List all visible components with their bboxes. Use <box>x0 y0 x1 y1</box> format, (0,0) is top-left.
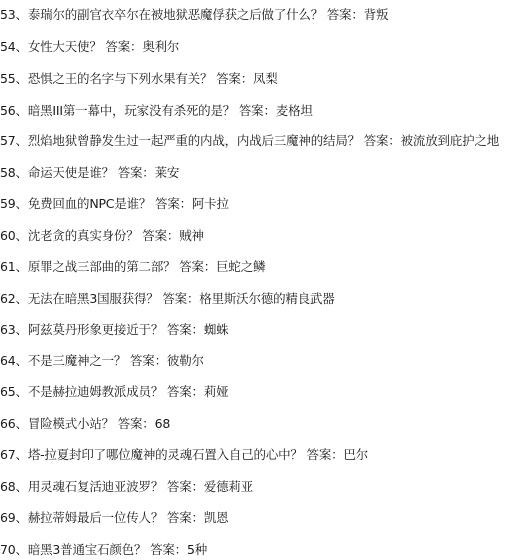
qa-item-63: 63、阿兹莫丹形象更接近于？ 答案：蜘蛛 <box>0 322 228 338</box>
answer-label: 答案： <box>327 7 364 22</box>
qa-item-65: 65、不是赫拉迪姆教派成员？ 答案：莉娅 <box>0 384 228 400</box>
answer: 蜘蛛 <box>204 322 229 337</box>
item-number: 55、 <box>0 71 28 86</box>
answer-label: 答案： <box>150 542 187 557</box>
answer: 巴尔 <box>343 447 368 462</box>
item-number: 59、 <box>0 196 28 211</box>
qa-item-54: 54、女性大天使？ 答案：奥利尔 <box>0 39 179 55</box>
answer: 被流放到庇护之地 <box>401 133 499 148</box>
answer: 背叛 <box>364 7 389 22</box>
answer-label: 答案： <box>167 510 204 525</box>
question: 阿兹莫丹形象更接近于？ <box>28 322 163 337</box>
question: 免费回血的NPC是谁？ <box>28 196 151 211</box>
answer: 巨蛇之鳞 <box>216 259 265 274</box>
question: 冒险模式小站？ <box>28 416 114 431</box>
qa-item-66: 66、冒险模式小站？ 答案：68 <box>0 416 170 432</box>
answer: 5种 <box>187 542 207 557</box>
answer: 爱德莉亚 <box>204 479 253 494</box>
item-number: 69、 <box>0 510 28 525</box>
question: 暗黑III第一幕中，玩家没有杀死的是？ <box>28 103 235 118</box>
qa-item-60: 60、沈老贪的真实身份？ 答案：贼神 <box>0 228 204 244</box>
answer-label: 答案： <box>130 353 167 368</box>
question: 赫拉蒂姆最后一位传人？ <box>28 510 163 525</box>
answer: 莱安 <box>155 165 180 180</box>
answer: 麦格坦 <box>276 103 313 118</box>
answer-label: 答案： <box>307 447 344 462</box>
qa-item-58: 58、命运天使是谁？ 答案：莱安 <box>0 165 179 181</box>
qa-item-68: 68、用灵魂石复活迪亚波罗？ 答案：爱德莉亚 <box>0 479 253 495</box>
item-number: 63、 <box>0 322 28 337</box>
question: 暗黑3普通宝石颜色？ <box>28 542 146 557</box>
item-number: 68、 <box>0 479 28 494</box>
qa-item-57: 57、烈焰地狱曾静发生过一起严重的内战，内战后三魔神的结局？ 答案：被流放到庇护… <box>0 133 499 149</box>
item-number: 60、 <box>0 228 28 243</box>
question: 用灵魂石复活迪亚波罗？ <box>28 479 163 494</box>
item-number: 70、 <box>0 542 28 557</box>
answer-label: 答案： <box>167 322 204 337</box>
question: 原罪之战三部曲的第二部？ <box>28 259 176 274</box>
answer-label: 答案： <box>179 259 216 274</box>
question: 泰瑞尔的副官衣卒尔在被地狱恶魔俘获之后做了什么？ <box>28 7 323 22</box>
qa-item-59: 59、免费回血的NPC是谁？ 答案：阿卡拉 <box>0 196 229 212</box>
question: 女性大天使？ <box>28 39 102 54</box>
question: 塔-拉夏封印了哪位魔神的灵魂石置入自己的心中？ <box>28 447 303 462</box>
answer-label: 答案： <box>118 416 155 431</box>
qa-item-67: 67、塔-拉夏封印了哪位魔神的灵魂石置入自己的心中？ 答案：巴尔 <box>0 447 368 463</box>
answer-label: 答案： <box>216 71 253 86</box>
question: 烈焰地狱曾静发生过一起严重的内战，内战后三魔神的结局？ <box>28 133 360 148</box>
answer: 莉娅 <box>204 384 229 399</box>
answer-label: 答案： <box>142 228 179 243</box>
qa-item-56: 56、暗黑III第一幕中，玩家没有杀死的是？ 答案：麦格坦 <box>0 103 313 119</box>
item-number: 58、 <box>0 165 28 180</box>
item-number: 61、 <box>0 259 28 274</box>
qa-item-64: 64、不是三魔神之一？ 答案：彼勒尔 <box>0 353 204 369</box>
question: 不是三魔神之一？ <box>28 353 126 368</box>
answer: 贼神 <box>179 228 204 243</box>
answer-label: 答案： <box>167 479 204 494</box>
item-number: 56、 <box>0 103 28 118</box>
question: 恐惧之王的名字与下列水果有关？ <box>28 71 213 86</box>
qa-item-55: 55、恐惧之王的名字与下列水果有关？ 答案：凤梨 <box>0 71 278 87</box>
item-number: 67、 <box>0 447 28 462</box>
answer-label: 答案： <box>155 196 192 211</box>
item-number: 64、 <box>0 353 28 368</box>
qa-item-61: 61、原罪之战三部曲的第二部？ 答案：巨蛇之鳞 <box>0 259 265 275</box>
answer: 奥利尔 <box>142 39 179 54</box>
answer: 凯恩 <box>204 510 229 525</box>
qa-item-69: 69、赫拉蒂姆最后一位传人？ 答案：凯恩 <box>0 510 228 526</box>
qa-item-62: 62、无法在暗黑3国服获得？ 答案：格里斯沃尔德的精良武器 <box>0 291 335 307</box>
question: 无法在暗黑3国服获得？ <box>28 291 159 306</box>
answer-label: 答案： <box>105 39 142 54</box>
question: 沈老贪的真实身份？ <box>28 228 139 243</box>
item-number: 53、 <box>0 7 28 22</box>
answer: 凤梨 <box>253 71 278 86</box>
qa-item-70: 70、暗黑3普通宝石颜色？ 答案：5种 <box>0 542 207 558</box>
item-number: 65、 <box>0 384 28 399</box>
answer-label: 答案： <box>167 384 204 399</box>
answer: 彼勒尔 <box>167 353 204 368</box>
answer: 阿卡拉 <box>192 196 229 211</box>
qa-item-53: 53、泰瑞尔的副官衣卒尔在被地狱恶魔俘获之后做了什么？ 答案：背叛 <box>0 7 388 23</box>
question: 不是赫拉迪姆教派成员？ <box>28 384 163 399</box>
item-number: 57、 <box>0 133 28 148</box>
item-number: 66、 <box>0 416 28 431</box>
answer: 格里斯沃尔德的精良武器 <box>199 291 334 306</box>
answer-label: 答案： <box>162 291 199 306</box>
answer: 68 <box>155 416 171 431</box>
item-number: 54、 <box>0 39 28 54</box>
answer-label: 答案： <box>118 165 155 180</box>
item-number: 62、 <box>0 291 28 306</box>
answer-label: 答案： <box>364 133 401 148</box>
question: 命运天使是谁？ <box>28 165 114 180</box>
qa-document: 53、泰瑞尔的副官衣卒尔在被地狱恶魔俘获之后做了什么？ 答案：背叛 54、女性大… <box>0 0 508 560</box>
answer-label: 答案： <box>239 103 276 118</box>
